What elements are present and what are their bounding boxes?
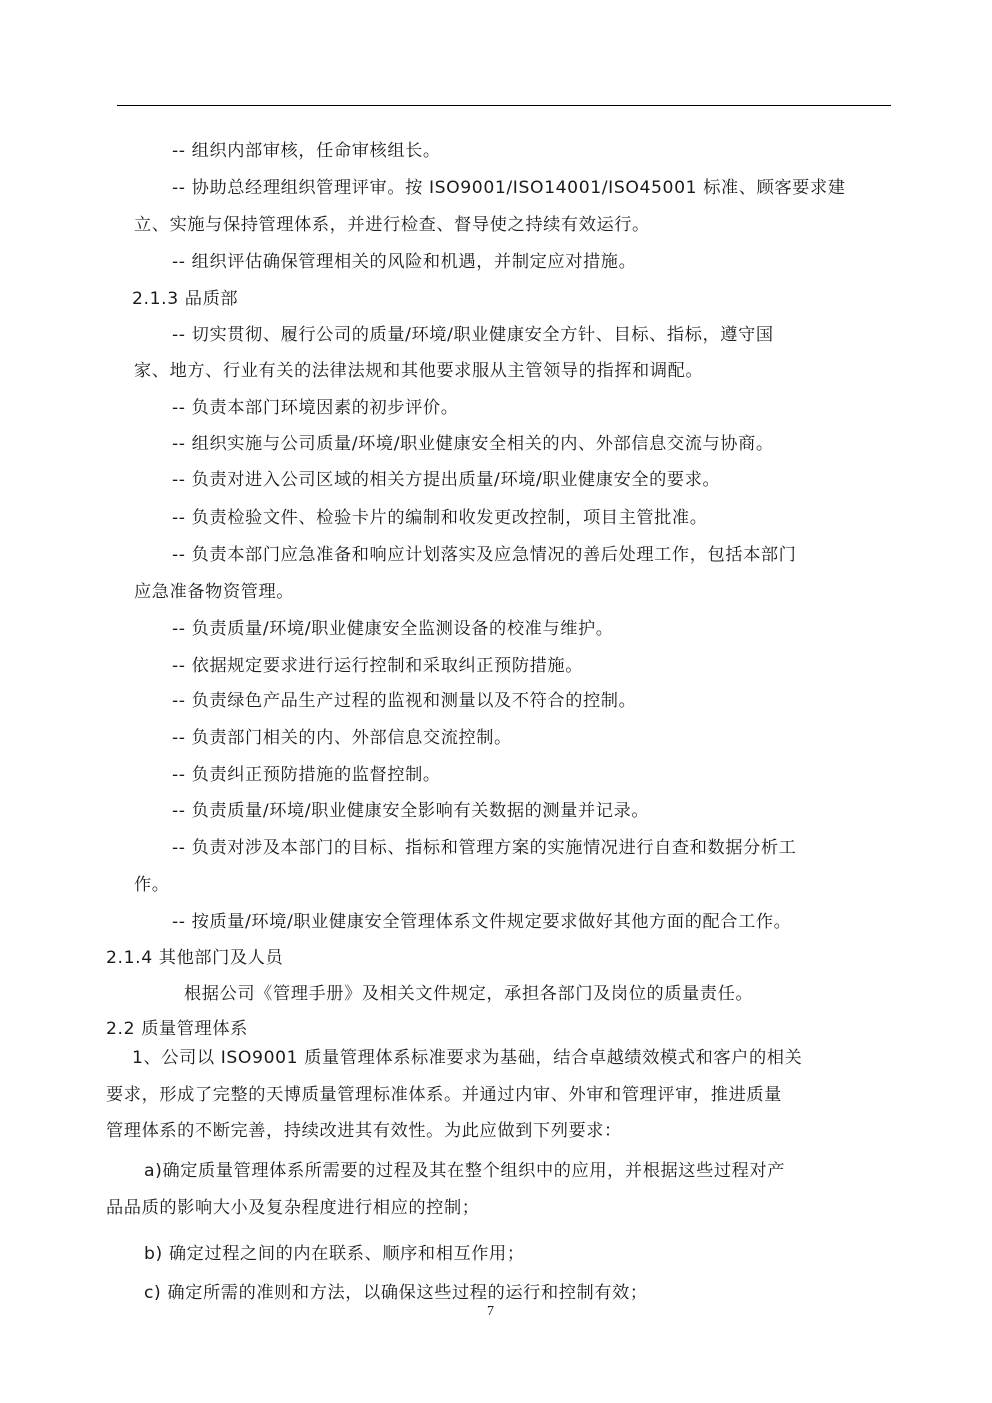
text-line: a)确定质量管理体系所需要的过程及其在整个组织中的应用，并根据这些过程对产 [144,1160,785,1182]
text-line: -- 依据规定要求进行运行控制和采取纠正预防措施。 [172,655,583,677]
text-line: -- 负责检验文件、检验卡片的编制和收发更改控制，项目主管批准。 [172,507,708,529]
text-line: 1、公司以 ISO9001 质量管理体系标准要求为基础，结合卓越绩效模式和客户的… [132,1047,802,1069]
header-rule [117,105,891,106]
page-number: 7 [487,1304,494,1320]
text-line: -- 负责本部门应急准备和响应计划落实及应急情况的善后处理工作，包括本部门 [172,544,796,566]
text-line: 2.2 质量管理体系 [106,1018,248,1040]
text-line: 2.1.3 品质部 [132,288,238,310]
text-line: -- 切实贯彻、履行公司的质量/环境/职业健康安全方针、目标、指标，遵守国 [172,324,774,346]
text-line: -- 负责纠正预防措施的监督控制。 [172,764,441,786]
text-line: -- 按质量/环境/职业健康安全管理体系文件规定要求做好其他方面的配合工作。 [172,911,791,933]
text-line: -- 负责绿色产品生产过程的监视和测量以及不符合的控制。 [172,690,636,712]
text-line: -- 负责质量/环境/职业健康安全影响有关数据的测量并记录。 [172,800,649,822]
text-line: -- 组织实施与公司质量/环境/职业健康安全相关的内、外部信息交流与协商。 [172,433,774,455]
text-line: b) 确定过程之间的内在联系、顺序和相互作用； [144,1243,525,1265]
text-line: 品品质的影响大小及复杂程度进行相应的控制； [106,1197,480,1219]
text-line: 家、地方、行业有关的法律法规和其他要求服从主管领导的指挥和调配。 [134,360,703,382]
text-line: 立、实施与保持管理体系，并进行检查、督导使之持续有效运行。 [134,214,650,236]
text-line: 应急准备物资管理。 [134,581,294,603]
text-line: 2.1.4 其他部门及人员 [106,947,283,969]
text-line: c) 确定所需的准则和方法，以确保这些过程的运行和控制有效； [144,1282,648,1304]
text-line: -- 负责对进入公司区域的相关方提出质量/环境/职业健康安全的要求。 [172,469,720,491]
text-line: -- 负责质量/环境/职业健康安全监测设备的校准与维护。 [172,618,614,640]
text-line: -- 协助总经理组织管理评审。按 ISO9001/ISO14001/ISO450… [172,177,846,199]
text-line: -- 负责部门相关的内、外部信息交流控制。 [172,727,512,749]
text-line: 作。 [134,874,170,896]
text-line: -- 负责对涉及本部门的目标、指标和管理方案的实施情况进行自查和数据分析工 [172,837,796,859]
text-line: -- 组织内部审核，任命审核组长。 [172,140,441,162]
text-line: 管理体系的不断完善，持续改进其有效性。为此应做到下列要求： [106,1120,622,1142]
text-line: 根据公司《管理手册》及相关文件规定，承担各部门及岗位的质量责任。 [184,983,753,1005]
text-line: -- 负责本部门环境因素的初步评价。 [172,397,458,419]
text-line: -- 组织评估确保管理相关的风险和机遇，并制定应对措施。 [172,251,636,273]
text-line: 要求，形成了完整的天博质量管理标准体系。并通过内审、外审和管理评审，推进质量 [106,1084,782,1106]
